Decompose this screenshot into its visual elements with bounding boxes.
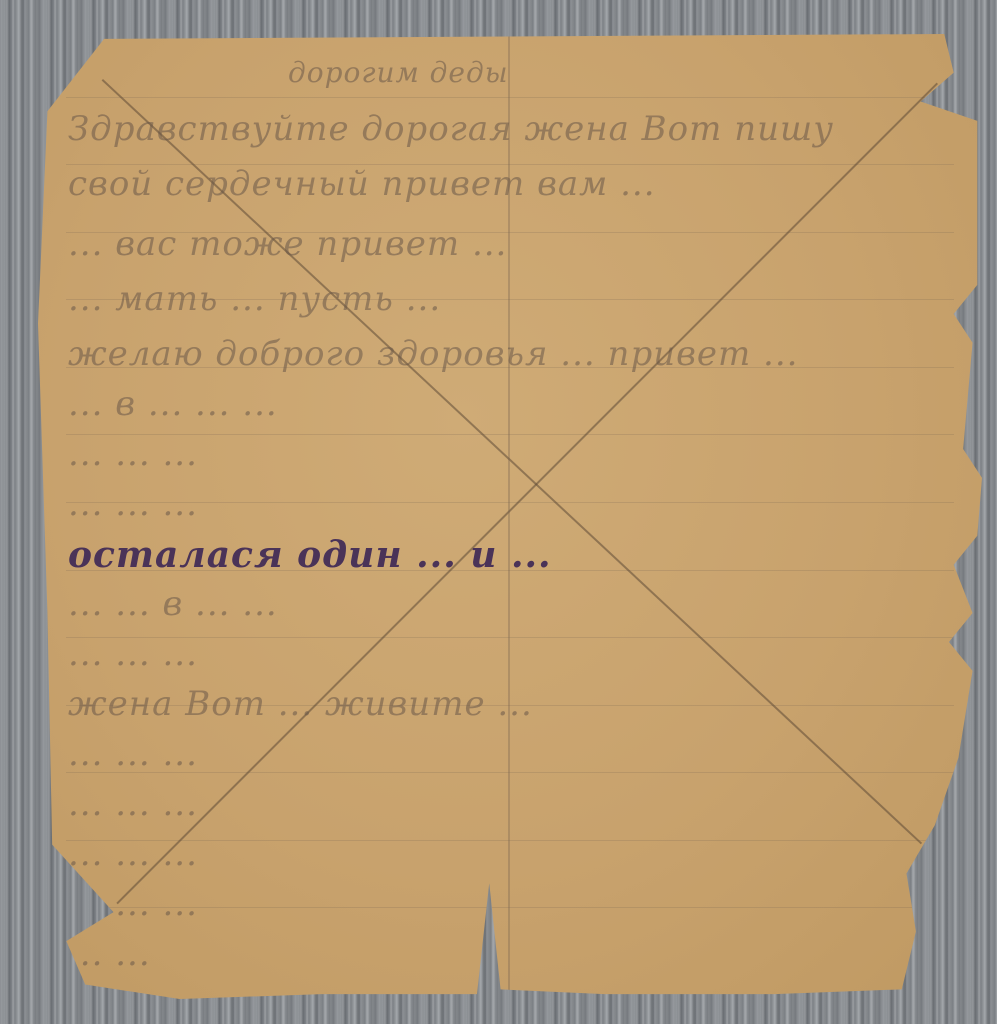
letter-line: ... ... ... [68,834,198,874]
letter-heading: дорогим деды [288,56,509,89]
letter-line: ... вас тоже привет ... [68,224,507,264]
letter-line: ... ... ... [68,484,198,524]
letter-paper: дорогим деды Здравствуйте дорогая жена В… [38,34,982,999]
letter-line: ... ... ... [68,784,198,824]
letter-line: Здравствуйте дорогая жена Вот пишу [68,109,834,149]
letter-line: ... ... в ... ... [68,584,278,624]
letter-line-ink: осталася один ... и ... [68,534,552,576]
letter-line: ... в ... ... ... [68,384,278,424]
letter-line: ... ... ... [68,884,198,924]
letter-line: желаю доброго здоровья ... привет ... [68,334,798,374]
letter-line: ... ... ... [68,734,198,774]
letter-line: жена Вот ... живите ... [68,684,533,724]
letter-line: ... ... ... [68,434,198,474]
letter-line: ... ... ... [68,634,198,674]
letter-line: ... мать ... пусть ... [68,279,441,319]
letter-line: ... ... [68,934,151,974]
letter-line: свой сердечный привет вам ... [68,164,656,204]
